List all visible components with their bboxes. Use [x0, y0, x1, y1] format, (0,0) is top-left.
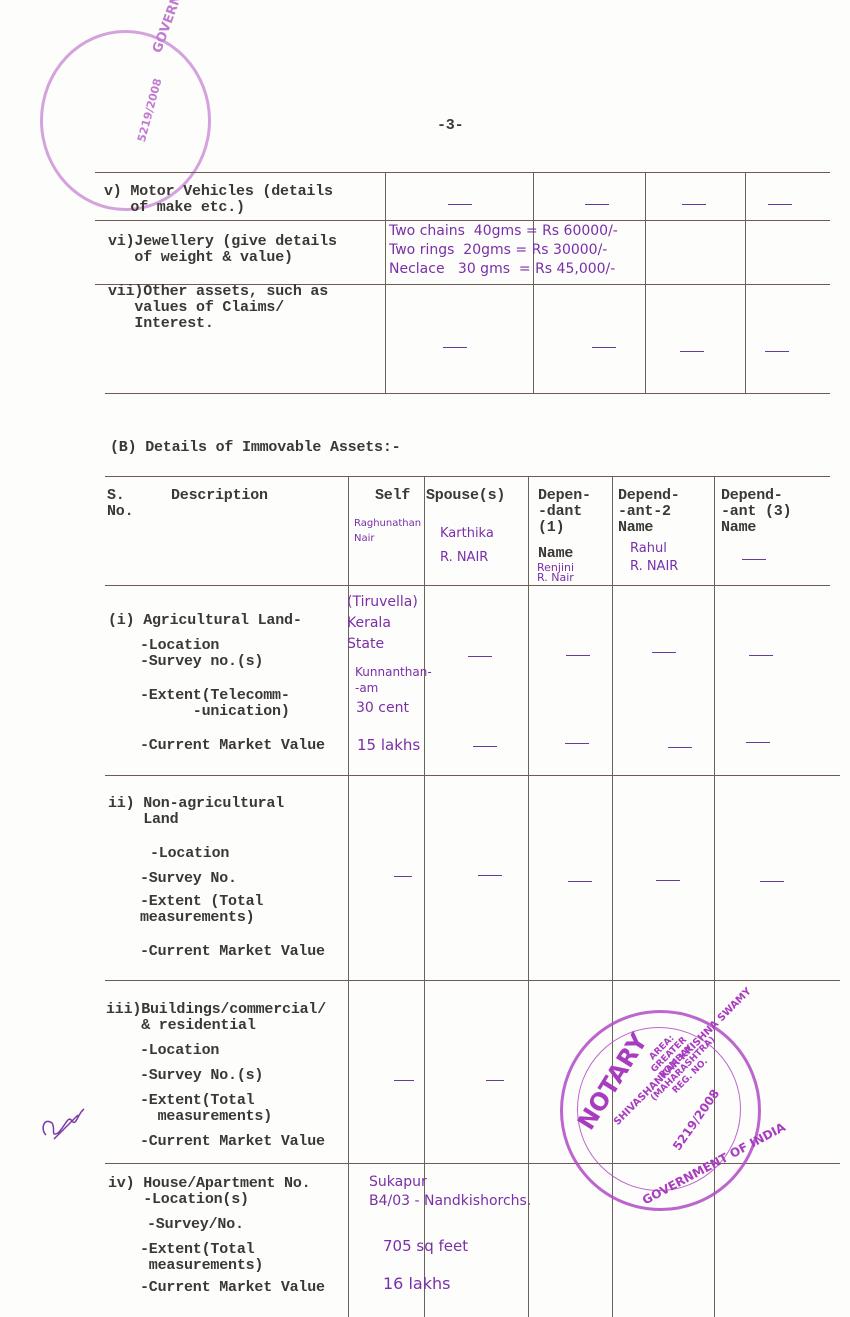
field-market-value: -Current Market Value	[140, 1280, 325, 1296]
nil-dash	[565, 743, 589, 744]
table-a-bottom-border	[105, 393, 830, 394]
table-b-row-divider	[105, 980, 840, 981]
field-market-value: -Current Market Value	[140, 944, 325, 960]
name-spouse: Karthika R. NAIR	[440, 522, 494, 570]
name-self: Raghunathan Nair	[354, 516, 421, 546]
table-a-col-line	[645, 172, 646, 394]
row-jewellery-label: vi)Jewellery (give details of weight & v…	[108, 234, 337, 266]
nil-dash	[443, 347, 467, 348]
header-description: Description	[171, 488, 268, 504]
nil-dash	[592, 347, 616, 348]
nil-dash	[656, 880, 680, 881]
row-non-agricultural-label: ii) Non-agricultural Land	[108, 796, 284, 828]
house-self-value: 16 lakhs	[383, 1275, 450, 1292]
agri-self-location: (Tiruvella) Kerala State	[347, 592, 418, 655]
table-b-header-border	[105, 585, 830, 586]
nil-dash	[486, 1080, 504, 1081]
header-sno: S. No.	[107, 488, 133, 520]
table-a-top-border	[95, 172, 830, 173]
page-number: -3-	[437, 118, 463, 134]
field-extent: -Extent (Total measurements)	[140, 894, 263, 926]
row-house-apartment-label: iv) House/Apartment No. -Location(s)	[108, 1176, 310, 1208]
nil-dash	[682, 204, 706, 205]
house-self-extent: 705 sq feet	[383, 1238, 468, 1255]
nil-dash	[394, 1080, 414, 1081]
nil-dash	[749, 655, 773, 656]
nil-dash	[742, 559, 766, 560]
nil-dash	[568, 881, 592, 882]
row-buildings-label: iii)Buildings/commercial/ & residential	[106, 1002, 326, 1034]
field-market-value: -Current Market Value	[140, 738, 325, 754]
header-spouse: Spouse(s)	[426, 488, 505, 504]
signature-icon	[38, 1095, 93, 1145]
header-dependant-1-name: Name	[538, 546, 573, 562]
field-extent: -Extent(Total measurements)	[140, 1242, 263, 1274]
nil-dash	[768, 204, 792, 205]
field-location: -Location	[150, 846, 229, 862]
nil-dash	[473, 746, 497, 747]
section-b-title: (B) Details of Immovable Assets:-	[110, 440, 400, 456]
table-a-col-line	[745, 172, 746, 394]
nil-dash	[652, 652, 676, 653]
agri-self-extent: 30 cent	[356, 700, 409, 717]
jewellery-entry: Two chains 40gms = Rs 60000/- Two rings …	[389, 222, 618, 279]
nil-dash	[468, 656, 492, 657]
nil-dash	[746, 742, 770, 743]
name-dependant-1: Renjini R. Nair	[537, 563, 574, 583]
stamp-authority-text: GOVERNMENT OF	[150, 0, 208, 55]
field-survey: -Survey/No.	[147, 1217, 244, 1233]
field-extent: -Extent(Total measurements)	[140, 1093, 272, 1125]
table-a-col-line	[385, 172, 386, 394]
table-a-col-line	[533, 172, 534, 394]
name-dependant-2: Rahul R. NAIR	[630, 540, 678, 576]
nil-dash	[566, 655, 590, 656]
field-location-survey: -Location -Survey no.(s)	[140, 638, 263, 670]
nil-dash	[680, 351, 704, 352]
header-dependant-3: Depend- -ant (3) Name	[721, 488, 791, 536]
header-self: Self	[375, 488, 410, 504]
agri-self-value: 15 lakhs	[357, 737, 420, 754]
row-motor-vehicles-label: v) Motor Vehicles (details of make etc.)	[104, 184, 333, 216]
row-agricultural-land-label: (i) Agricultural Land-	[108, 613, 302, 629]
header-dependant-1: Depen- -dant (1)	[538, 488, 591, 536]
field-location: -Location	[140, 1043, 219, 1059]
field-extent: -Extent(Telecomm- -unication)	[140, 688, 290, 720]
nil-dash	[760, 881, 784, 882]
header-dependant-2: Depend- -ant-2 Name	[618, 488, 680, 536]
field-market-value: -Current Market Value	[140, 1134, 325, 1150]
nil-dash	[448, 204, 472, 205]
nil-dash	[585, 204, 609, 205]
table-b-row-divider	[105, 775, 840, 776]
nil-dash	[478, 875, 502, 876]
agri-self-survey: Kunnanthan- -am	[355, 664, 432, 696]
nil-dash	[765, 351, 789, 352]
table-b-top-border	[105, 476, 830, 477]
house-self-location: Sukapur B4/03 - Nandkishorchs.	[369, 1173, 531, 1211]
field-survey: -Survey No.(s)	[140, 1068, 263, 1084]
nil-dash	[668, 747, 692, 748]
row-other-assets-label: vii)Other assets, such as values of Clai…	[108, 284, 328, 332]
field-survey: -Survey No.	[140, 871, 237, 887]
nil-dash	[394, 876, 412, 877]
table-a-row-divider	[95, 220, 830, 221]
